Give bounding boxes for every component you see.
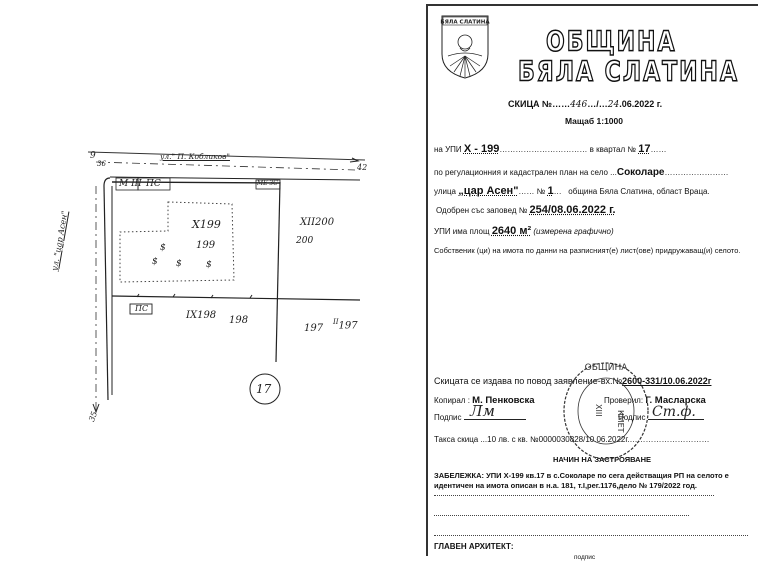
dotted-line bbox=[434, 535, 748, 536]
upi-value: Х - 199 bbox=[464, 143, 499, 155]
street-top-label: ул." П. Кобликов" bbox=[160, 152, 230, 161]
box-small-right: МЕ ЗС bbox=[257, 180, 278, 187]
corner-label-top-left: 9 bbox=[90, 151, 96, 161]
plan-line: по регулационния и кадастрален план на с… bbox=[434, 167, 729, 178]
parcel-197: 197 bbox=[304, 323, 323, 334]
signature-checker: Ст.ф. bbox=[652, 404, 696, 420]
plot-x-199-label: Х199 bbox=[192, 218, 221, 231]
street-line: улица „цар Асен"…… № 1… община Бяла Слат… bbox=[434, 185, 710, 197]
box-ps-top: ПС bbox=[146, 179, 161, 189]
approval-line: Одобрен със заповед № 254/08.06.2022 г. bbox=[436, 204, 616, 216]
tree-mark: $ bbox=[206, 260, 212, 270]
note-line-1: ЗАБЕЛЕЖКА: УПИ Х-199 кв.17 в с.Соколаре … bbox=[434, 471, 729, 480]
sketch-number: 446 bbox=[570, 100, 587, 110]
stamp-roman: XIII bbox=[594, 404, 603, 417]
dotted-line bbox=[434, 515, 689, 516]
dotted-line bbox=[434, 495, 714, 496]
sketch-day: 24 bbox=[608, 100, 619, 110]
village-name: Соколаре bbox=[617, 167, 665, 178]
crest-text: БЯЛА СЛАТИНА bbox=[440, 20, 490, 26]
area-line: УПИ има площ 2640 м² (измерена графично) bbox=[434, 225, 614, 237]
stamp-outer-text: ОБЩИНА bbox=[585, 363, 629, 373]
box-ps-bottom: ПС bbox=[135, 304, 148, 313]
chief-architect-label: ГЛАВЕН АРХИТЕКТ: bbox=[434, 542, 513, 551]
scale: Мащаб 1:1000 bbox=[565, 116, 623, 126]
sketch-number-line: СКИЦА №……446…/…24.06.2022 г. bbox=[508, 99, 662, 110]
plot-xii-200-label: XII200 bbox=[300, 217, 334, 228]
upi-line: на УПИ Х - 199…………………………… в квартал № 17… bbox=[434, 143, 666, 155]
plot-ix-198-label: IX198 bbox=[186, 310, 216, 321]
tree-mark: $ bbox=[176, 259, 182, 269]
title-municipality: ОБЩИНА bbox=[546, 27, 677, 58]
tree-mark: $ bbox=[152, 257, 158, 267]
area-value: 2640 м² bbox=[492, 225, 531, 237]
frame-border-left bbox=[426, 4, 428, 556]
parcel-199: 199 bbox=[196, 240, 215, 251]
title-town: БЯЛА СЛАТИНА bbox=[518, 57, 739, 88]
quarter-value: 17 bbox=[638, 143, 650, 155]
parcel-200: 200 bbox=[296, 236, 313, 246]
parcel-198: 198 bbox=[229, 315, 248, 326]
box-m-iii: М III bbox=[119, 179, 142, 189]
sketch-document: БЯЛА СЛАТИНА ОБЩИНА БЯЛА СЛАТИНА СКИЦА №… bbox=[426, 4, 758, 564]
block-number: 17 bbox=[256, 382, 271, 396]
cadastral-sketch: 9 36 ул." П. Кобликов" 42 ул. "цар Асен"… bbox=[0, 0, 400, 564]
corner-label-top-right: 42 bbox=[357, 163, 367, 172]
signature-caption: подпис bbox=[574, 554, 595, 561]
tree-mark: $ bbox=[160, 243, 166, 253]
stamp-inner-text: КМЕТ bbox=[616, 410, 625, 433]
municipality-crest-icon: БЯЛА СЛАТИНА bbox=[440, 14, 490, 80]
signature-copier: Лм bbox=[470, 402, 495, 420]
frame-border-top bbox=[426, 4, 758, 6]
plot-ii-197-label: II197 bbox=[333, 318, 358, 331]
owners-line: Собственик (ци) на имота по данни на раз… bbox=[434, 246, 741, 255]
note-line-2: идентичен на имота описан в н.а. 181, т.… bbox=[434, 481, 697, 490]
approval-order: 254/08.06.2022 г. bbox=[530, 204, 616, 216]
street-value: „цар Асен" bbox=[458, 185, 518, 197]
corner-label-top-left-sub: 36 bbox=[97, 160, 106, 168]
official-stamp-icon: ОБЩИНА КМЕТ XIII bbox=[556, 356, 656, 466]
sketch-lines bbox=[0, 0, 400, 564]
